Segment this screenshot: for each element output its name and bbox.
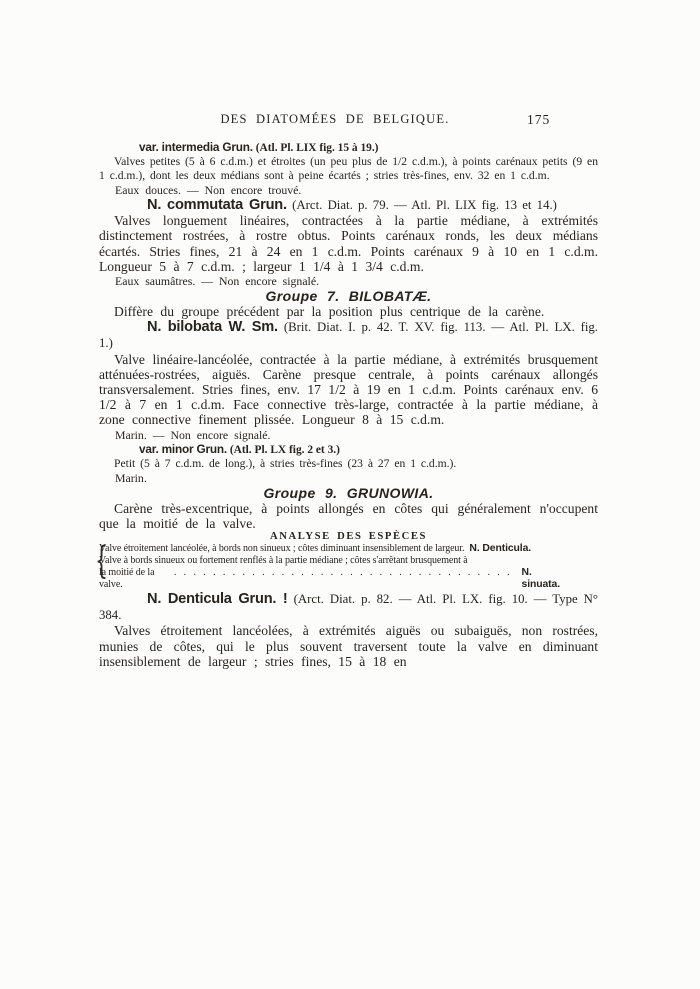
key-text: Valve à bords sinueux ou fortement renfl…: [99, 555, 468, 566]
key-entry-2: Valve à bords sinueux ou fortement renfl…: [99, 555, 567, 567]
variety-citation: (Atl. Pl. LX fig. 2 et 3.): [230, 444, 340, 456]
variety-description: Petit (5 à 7 c.d.m. de long.), à stries …: [99, 457, 598, 471]
key-species-sinuata: N. sinuata.: [517, 567, 567, 591]
section-var-intermedia: var. intermedia Grun. (Atl. Pl. LIX fig.…: [99, 140, 598, 197]
key-brace: {: [95, 542, 108, 579]
species-key: { Valve étroitement lancéolée, à bords n…: [99, 543, 567, 591]
section-var-minor: var. minor Grun. (Atl. Pl. LX fig. 2 et …: [99, 442, 598, 485]
text-column: var. intermedia Grun. (Atl. Pl. LIX fig.…: [99, 140, 598, 669]
group-heading-bilobatae: Groupe 7. BILOBATÆ.: [99, 288, 598, 304]
running-head: DES DIATOMÉES DE BELGIQUE. 175: [0, 112, 700, 132]
species-name: N. commutata Grun.: [147, 197, 287, 213]
variety-citation: (Atl. Pl. LIX fig. 15 à 19.): [256, 142, 379, 154]
group-intro: Carène très-excentrique, à points allong…: [99, 501, 598, 531]
habitat-note: Marin. — Non encore signalé.: [99, 428, 598, 442]
book-page: DES DIATOMÉES DE BELGIQUE. 175 var. inte…: [0, 0, 700, 989]
section-commutata: N. commutata Grun. (Arct. Diat. p. 79. —…: [99, 197, 598, 288]
variety-name: var. intermedia Grun.: [139, 140, 253, 154]
habitat-note: Marin.: [99, 471, 598, 485]
species-heading: N. commutata Grun. (Arct. Diat. p. 79. —…: [99, 197, 598, 213]
analysis-heading: ANALYSE DES ESPÈCES: [99, 531, 598, 543]
dot-leader: . . . . . . . . . . . . . . . . . . . . …: [174, 567, 514, 579]
group-intro: Diffère du groupe précédent par la posit…: [99, 304, 598, 319]
running-title: DES DIATOMÉES DE BELGIQUE.: [99, 112, 571, 127]
species-description: Valves longuement linéaires, contractées…: [99, 213, 598, 274]
species-name: N. Denticula Grun. !: [147, 591, 288, 607]
variety-heading: var. intermedia Grun. (Atl. Pl. LIX fig.…: [99, 140, 598, 155]
variety-name: var. minor Grun.: [139, 442, 227, 456]
key-text: Valve étroitement lancéolée, à bords non…: [99, 543, 464, 554]
species-heading: N. bilobata W. Sm. (Brit. Diat. I. p. 42…: [99, 319, 598, 351]
species-citation: (Arct. Diat. p. 79. — Atl. Pl. LIX fig. …: [292, 198, 557, 212]
section-bilobata: N. bilobata W. Sm. (Brit. Diat. I. p. 42…: [99, 319, 598, 441]
habitat-note: Eaux saumâtres. — Non encore signalé.: [99, 274, 598, 288]
key-entry-2-continued: la moitié de la valve.. . . . . . . . . …: [99, 567, 567, 591]
habitat-note: Eaux douces. — Non encore trouvé.: [99, 183, 598, 197]
variety-description: Valves petites (5 à 6 c.d.m.) et étroite…: [99, 155, 598, 183]
section-denticula: N. Denticula Grun. ! (Arct. Diat. p. 82.…: [99, 591, 598, 669]
key-species-denticula: N. Denticula.: [464, 543, 531, 554]
species-description: Valves étroitement lancéolées, à extrémi…: [99, 623, 598, 669]
species-heading: N. Denticula Grun. ! (Arct. Diat. p. 82.…: [99, 591, 598, 623]
variety-heading: var. minor Grun. (Atl. Pl. LX fig. 2 et …: [99, 442, 598, 457]
group-heading-grunowia: Groupe 9. GRUNOWIA.: [99, 485, 598, 501]
species-name: N. bilobata W. Sm.: [147, 319, 278, 335]
page-number: 175: [527, 112, 567, 128]
key-entry-1: Valve étroitement lancéolée, à bords non…: [99, 543, 567, 555]
key-text: la moitié de la valve.: [99, 567, 171, 591]
species-description: Valve linéaire-lancéolée, contractée à l…: [99, 352, 598, 428]
